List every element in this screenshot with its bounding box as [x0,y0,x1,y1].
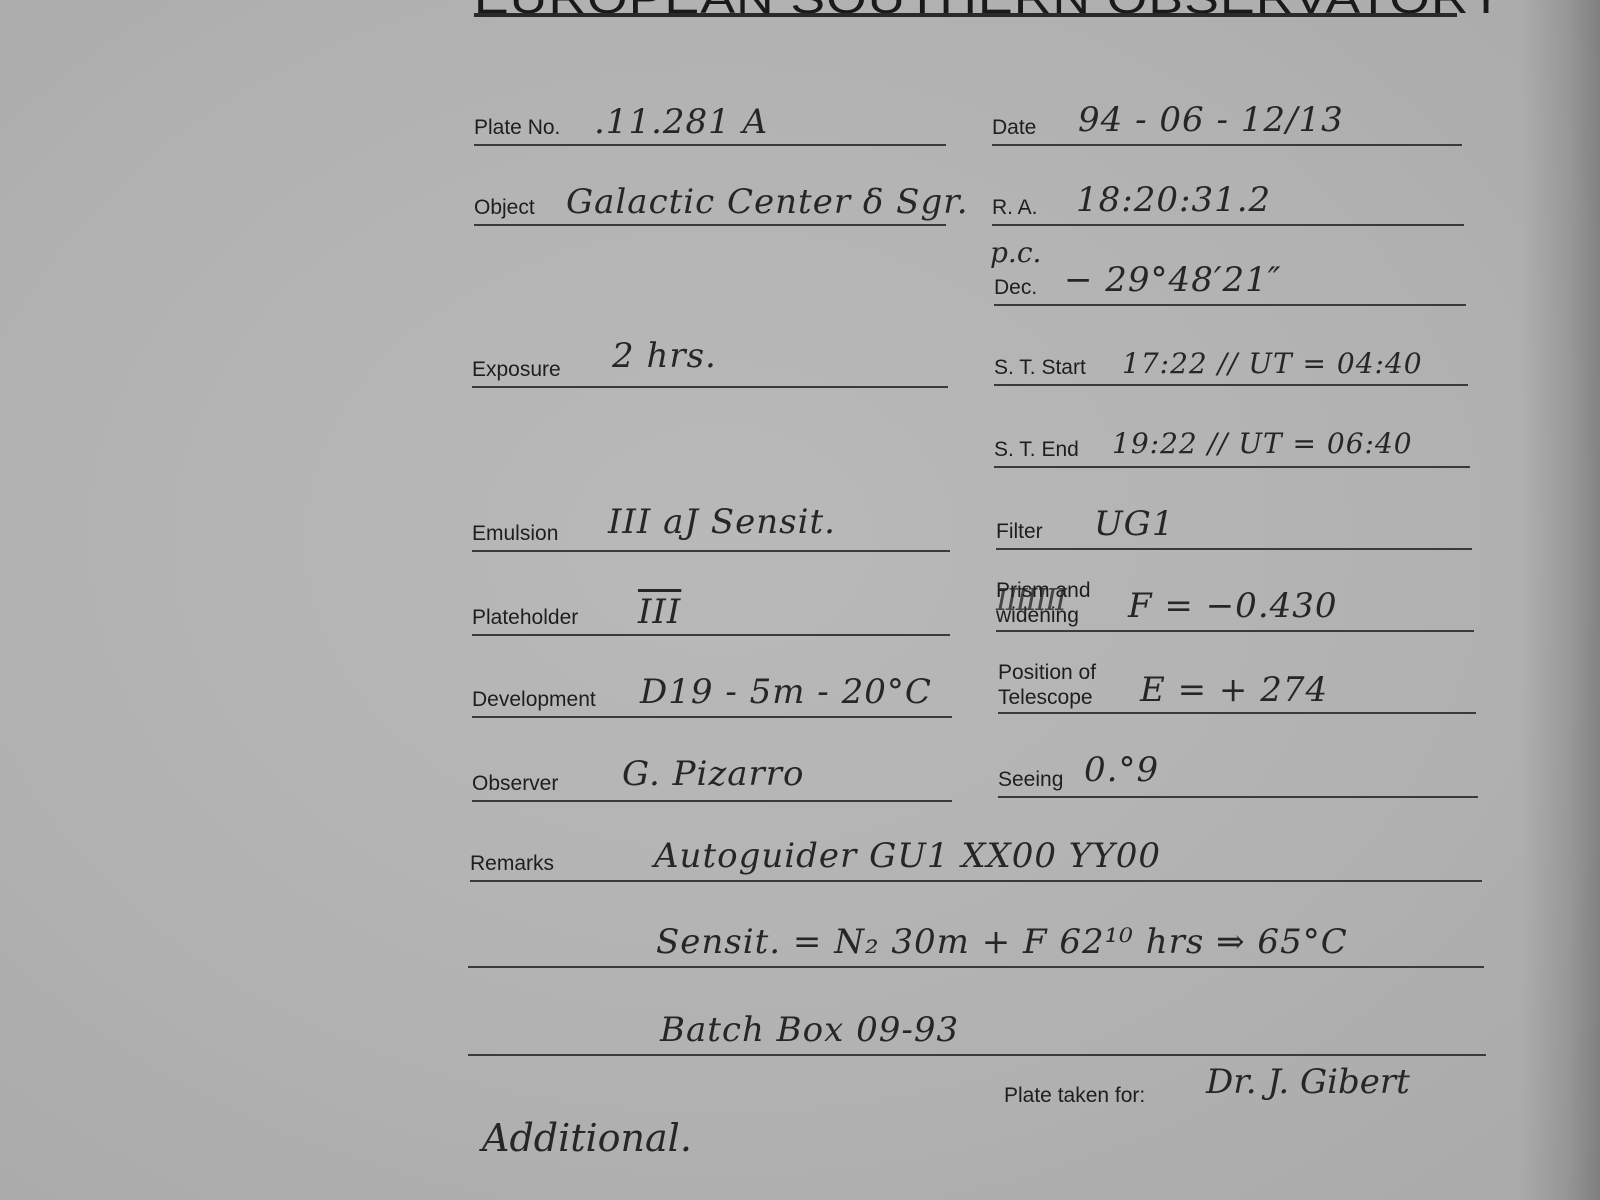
date-value: 94 - 06 - 12/13 [1078,100,1344,140]
dec-underline [994,304,1466,306]
emulsion-value: III aJ Sensit. [608,502,836,542]
object-label: Object [474,196,535,220]
field-prism-widening: Prism and widening F = −0.430 [996,578,1474,632]
emulsion-label: Emulsion [472,522,558,546]
telescope-position-value: E = + 274 [1140,670,1328,710]
object-value: Galactic Center δ Sgr. [566,182,969,222]
prism-widening-underline [996,630,1474,632]
prism-label-line1: Prism and [996,579,1091,602]
ra-label: R. A. [992,196,1038,220]
remarks-underline-2 [468,966,1484,968]
filter-label: Filter [996,520,1043,544]
st-end-value: 19:22 // UT = 06:40 [1112,427,1413,460]
emulsion-underline [472,550,950,552]
header-underline [474,13,1457,17]
field-st-end: S. T. End 19:22 // UT = 06:40 [994,420,1470,468]
field-st-start: S. T. Start 17:22 // UT = 04:40 [994,340,1468,386]
development-underline [472,716,952,718]
field-object: Object Galactic Center δ Sgr. [474,178,946,226]
remarks-line-2: Sensit. = N₂ 30m + F 62¹⁰ hrs ⇒ 65°C [468,914,1484,968]
plate-no-underline [474,144,946,146]
telescope-label-line1: Position of [998,661,1096,684]
development-label: Development [472,688,596,712]
telescope-position-label: Position of Telescope [998,660,1096,710]
dec-value: − 29°48′21″ [1064,260,1282,300]
field-emulsion: Emulsion III aJ Sensit. [472,500,950,552]
field-plate-no: Plate No. .11.281 A [474,100,946,146]
telescope-label-line2: Telescope [998,686,1093,709]
ra-underline [992,224,1464,226]
date-underline [992,144,1462,146]
field-date: Date 94 - 06 - 12/13 [992,100,1462,146]
st-start-value: 17:22 // UT = 04:40 [1122,347,1423,380]
ra-value: 18:20:31.2 [1076,180,1271,220]
field-exposure: Exposure 2 hrs. [472,342,948,388]
remarks-underline-3 [468,1054,1486,1056]
development-value: D19 - 5m - 20°C [640,672,932,712]
prism-widening-value: F = −0.430 [1128,586,1338,626]
object-underline [474,224,946,226]
page-edge-shadow [1520,0,1600,1200]
exposure-label: Exposure [472,358,561,382]
filter-value: UG1 [1094,504,1174,544]
remarks-text-3: Batch Box 09-93 [660,1010,959,1050]
plate-no-value: .11.281 A [594,102,768,142]
telescope-position-underline [998,712,1476,714]
observer-label: Observer [472,772,558,796]
field-telescope-position: Position of Telescope E = + 274 [998,660,1476,714]
date-label: Date [992,116,1036,140]
observer-value: G. Pizarro [622,754,804,794]
plateholder-underline [472,634,950,636]
plate-taken-for-value: Dr. J. Gibert [1206,1062,1410,1102]
field-development: Development D19 - 5m - 20°C [472,670,952,718]
plate-taken-for-label: Plate taken for: [1004,1084,1145,1108]
remarks-line-1: Remarks Autoguider GU1 XX00 YY00 [470,830,1482,882]
exposure-value: 2 hrs. [612,336,717,376]
plateholder-label: Plateholder [472,606,578,630]
st-end-underline [994,466,1470,468]
additional-note: Additional. [482,1116,692,1160]
st-start-label: S. T. Start [994,356,1086,380]
prism-widening-label: Prism and widening [996,578,1091,628]
dec-label: Dec. [994,276,1037,300]
plate-no-label: Plate No. [474,116,560,140]
remarks-text-1: Autoguider GU1 XX00 YY00 [654,836,1161,876]
exposure-underline [472,386,948,388]
st-start-underline [994,384,1468,386]
seeing-underline [998,796,1478,798]
st-end-label: S. T. End [994,438,1079,462]
seeing-label: Seeing [998,768,1063,792]
remarks-line-3: Batch Box 09-93 [468,1002,1486,1056]
plateholder-value: III [638,592,681,632]
field-plateholder: Plateholder III [472,586,950,636]
field-observer: Observer G. Pizarro [472,754,952,802]
field-ra: R. A. 18:20:31.2 [992,180,1464,226]
field-dec: Dec. − 29°48′21″ [994,260,1466,306]
remarks-underline-1 [470,880,1482,882]
seeing-value: 0.°9 [1084,750,1159,790]
filter-underline [996,548,1472,550]
remarks-text-2: Sensit. = N₂ 30m + F 62¹⁰ hrs ⇒ 65°C [656,922,1348,962]
prism-label-line2: widening [996,604,1079,627]
field-filter: Filter UG1 [996,504,1472,550]
remarks-label: Remarks [470,852,554,876]
field-seeing: Seeing 0.°9 [998,752,1478,798]
observer-underline [472,800,952,802]
form-header-title: EUROPEAN SOUTHERN OBSERVATORY [474,0,1600,24]
